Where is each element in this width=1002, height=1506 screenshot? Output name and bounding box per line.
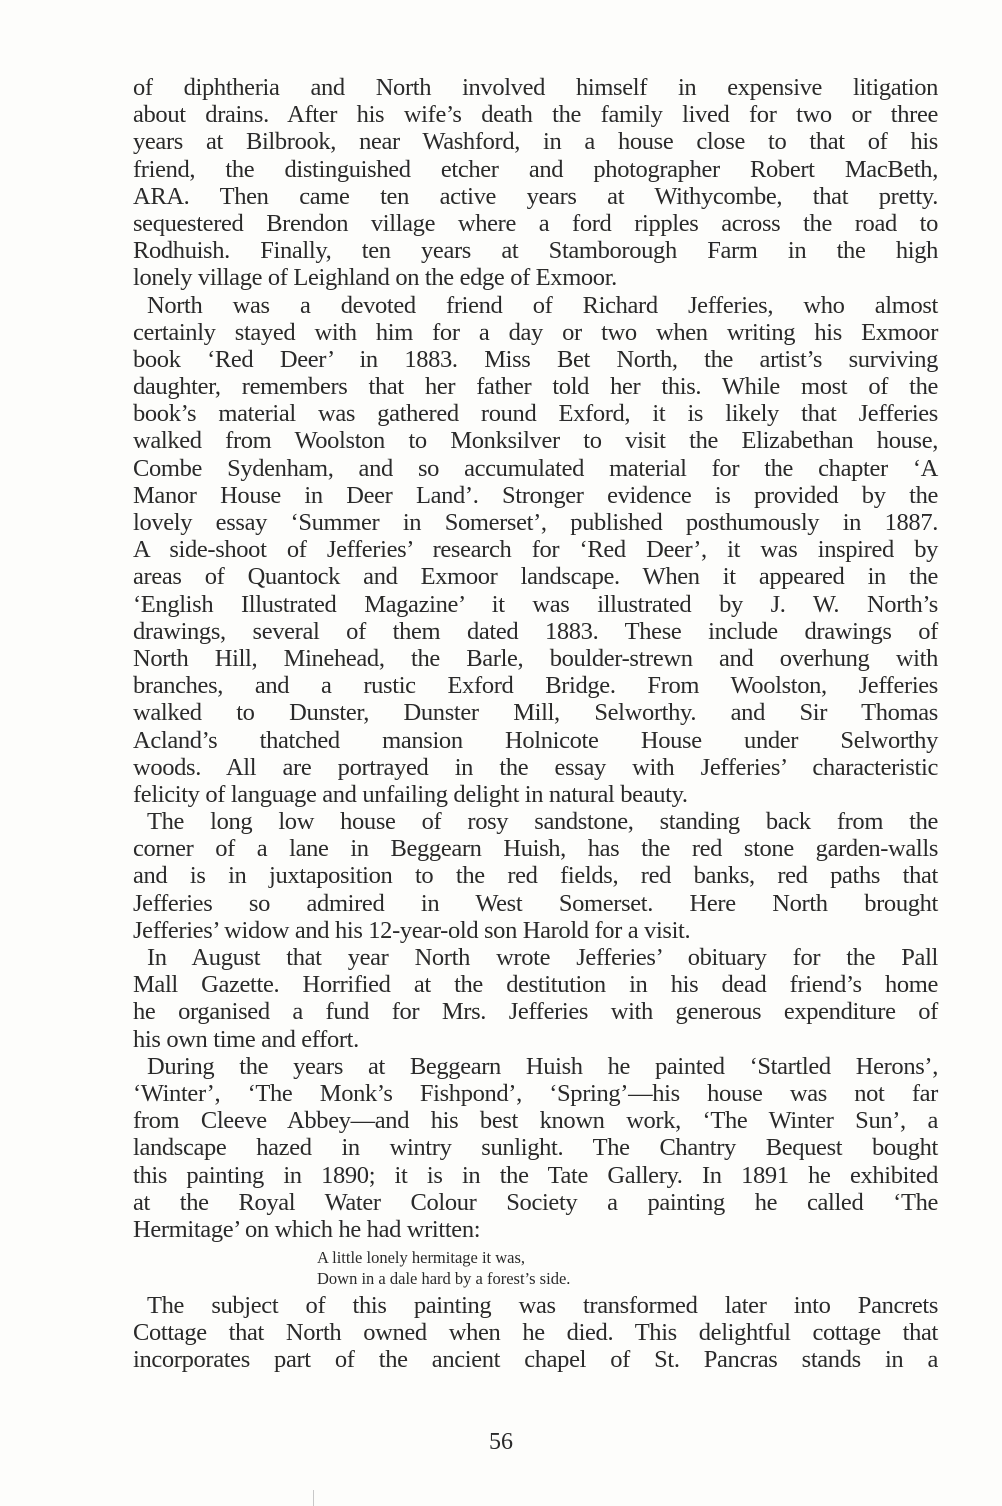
text-line: corner of a lane in Beggearn Huish, has … (133, 835, 938, 862)
text-line: areas of Quantock and Exmoor landscape. … (133, 563, 938, 590)
text-line: book ‘Red Deer’ in 1883. Miss Bet North,… (133, 346, 938, 373)
text-line: Cottage that North owned when he died. T… (133, 1319, 938, 1346)
text-line: about drains. After his wife’s death the… (133, 101, 938, 128)
paragraph: In August that year North wrote Jefferie… (133, 944, 938, 1053)
text-line: walked to Dunster, Dunster Mill, Selwort… (133, 699, 938, 726)
text-line: Jefferies so admired in West Somerset. H… (133, 890, 938, 917)
text-line: he organised a fund for Mrs. Jefferies w… (133, 998, 938, 1025)
text-line: at the Royal Water Colour Society a pain… (133, 1189, 938, 1216)
text-line: and is in juxtaposition to the red field… (133, 862, 938, 889)
paragraph: North was a devoted friend of Richard Je… (133, 292, 938, 809)
paragraph: of diphtheria and North involved himself… (133, 74, 938, 292)
text-line: from Cleeve Abbey—and his best known wor… (133, 1107, 938, 1134)
text-line: sequestered Brendon village where a ford… (133, 210, 938, 237)
text-line: years at Bilbrook, near Washford, in a h… (133, 128, 938, 155)
text-line: ARA. Then came ten active years at Withy… (133, 183, 938, 210)
text-line: lovely essay ‘Summer in Somerset’, publi… (133, 509, 938, 536)
text-line: ‘Winter’, ‘The Monk’s Fishpond’, ‘Spring… (133, 1080, 938, 1107)
text-line: book’s material was gathered round Exfor… (133, 400, 938, 427)
verse-line: Down in a dale hard by a forest’s side. (317, 1268, 938, 1289)
text-line: lonely village of Leighland on the edge … (133, 264, 938, 291)
text-line: North Hill, Minehead, the Barle, boulder… (133, 645, 938, 672)
text-line: daughter, remembers that her father told… (133, 373, 938, 400)
text-line: certainly stayed with him for a day or t… (133, 319, 938, 346)
paragraph: During the years at Beggearn Huish he pa… (133, 1053, 938, 1243)
text-line: drawings, several of them dated 1883. Th… (133, 618, 938, 645)
text-line: During the years at Beggearn Huish he pa… (133, 1053, 938, 1080)
text-line: this painting in 1890; it is in the Tate… (133, 1162, 938, 1189)
page-body: of diphtheria and North involved himself… (133, 74, 938, 1374)
paragraph: The subject of this painting was transfo… (133, 1292, 938, 1374)
text-line: landscape hazed in wintry sunlight. The … (133, 1134, 938, 1161)
text-line: walked from Woolston to Monksilver to vi… (133, 427, 938, 454)
text-line: Hermitage’ on which he had written: (133, 1216, 938, 1243)
verse-quote: A little lonely hermitage it was, Down i… (133, 1247, 938, 1289)
text-line: branches, and a rustic Exford Bridge. Fr… (133, 672, 938, 699)
text-line: In August that year North wrote Jefferie… (133, 944, 938, 971)
text-line: The subject of this painting was transfo… (133, 1292, 938, 1319)
text-line: The long low house of rosy sandstone, st… (133, 808, 938, 835)
text-line: Jefferies’ widow and his 12-year-old son… (133, 917, 938, 944)
scan-mark (313, 1490, 314, 1506)
text-line: Manor House in Deer Land’. Stronger evid… (133, 482, 938, 509)
text-line: felicity of language and unfailing delig… (133, 781, 938, 808)
text-line: friend, the distinguished etcher and pho… (133, 156, 938, 183)
text-line: North was a devoted friend of Richard Je… (133, 292, 938, 319)
text-line: ‘English Illustrated Magazine’ it was il… (133, 591, 938, 618)
page-number: 56 (0, 1428, 1002, 1456)
text-line: A side-shoot of Jefferies’ research for … (133, 536, 938, 563)
text-line: incorporates part of the ancient chapel … (133, 1346, 938, 1373)
text-line: woods. All are portrayed in the essay wi… (133, 754, 938, 781)
text-line: Combe Sydenham, and so accumulated mater… (133, 455, 938, 482)
text-line: his own time and effort. (133, 1026, 938, 1053)
paragraph: The long low house of rosy sandstone, st… (133, 808, 938, 944)
text-line: Mall Gazette. Horrified at the destituti… (133, 971, 938, 998)
verse-line: A little lonely hermitage it was, (317, 1247, 938, 1268)
text-line: Acland’s thatched mansion Holnicote Hous… (133, 727, 938, 754)
text-line: Rodhuish. Finally, ten years at Stamboro… (133, 237, 938, 264)
text-line: of diphtheria and North involved himself… (133, 74, 938, 101)
